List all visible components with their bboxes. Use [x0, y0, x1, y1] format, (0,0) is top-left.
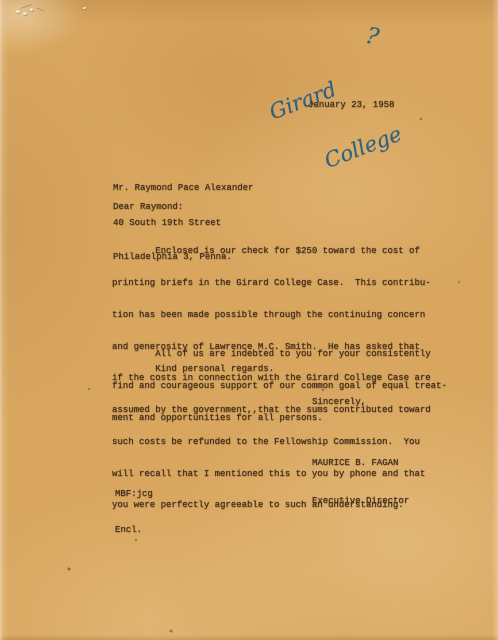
body-paragraph-2: All of us are indebted to you for your c…: [112, 328, 447, 445]
body-line: tion has been made possible through the …: [112, 310, 431, 321]
signature-title: Executive Director: [312, 495, 409, 508]
body-line: Enclosed is our check for $250 toward th…: [112, 246, 431, 257]
reference-block: MBF:jcg Encl.: [115, 464, 153, 560]
handwritten-note: Girard College: [250, 19, 421, 228]
body-line: ment and opportunities for all persons.: [112, 413, 447, 424]
body-line: find and courageous support of our commo…: [112, 381, 447, 392]
scanned-letter-page: Girard College ? January 23, 1958 Mr. Ra…: [0, 0, 498, 640]
regards-line: Kind personal regards.: [112, 364, 274, 375]
paper-specks: [0, 0, 2, 2]
body-line: printing briefs in the Girard College Ca…: [112, 278, 431, 289]
signature-name: MAURICE B. FAGAN: [312, 457, 409, 470]
salutation: Dear Raymond:: [113, 202, 183, 213]
date-line: January 23, 1958: [308, 100, 394, 111]
enclosure-notation: Encl.: [115, 524, 153, 536]
closing-line: Sincerely,: [312, 397, 366, 408]
paper-speck: [30, 8, 33, 11]
paper-speck: [16, 10, 20, 13]
typist-initials: MBF:jcg: [115, 488, 153, 500]
handwritten-question-mark: ?: [363, 23, 381, 51]
handwritten-note-line: College: [322, 123, 405, 173]
body-line: All of us are indebted to you for your c…: [112, 349, 447, 360]
handwritten-note-line: Girard: [266, 62, 381, 124]
paper-speck: [23, 12, 27, 15]
pencil-mark: [36, 7, 45, 11]
paper-speck: [83, 7, 86, 9]
recipient-name: Mr. Raymond Pace Alexander: [113, 183, 253, 195]
signature-block: MAURICE B. FAGAN Executive Director: [312, 432, 409, 532]
